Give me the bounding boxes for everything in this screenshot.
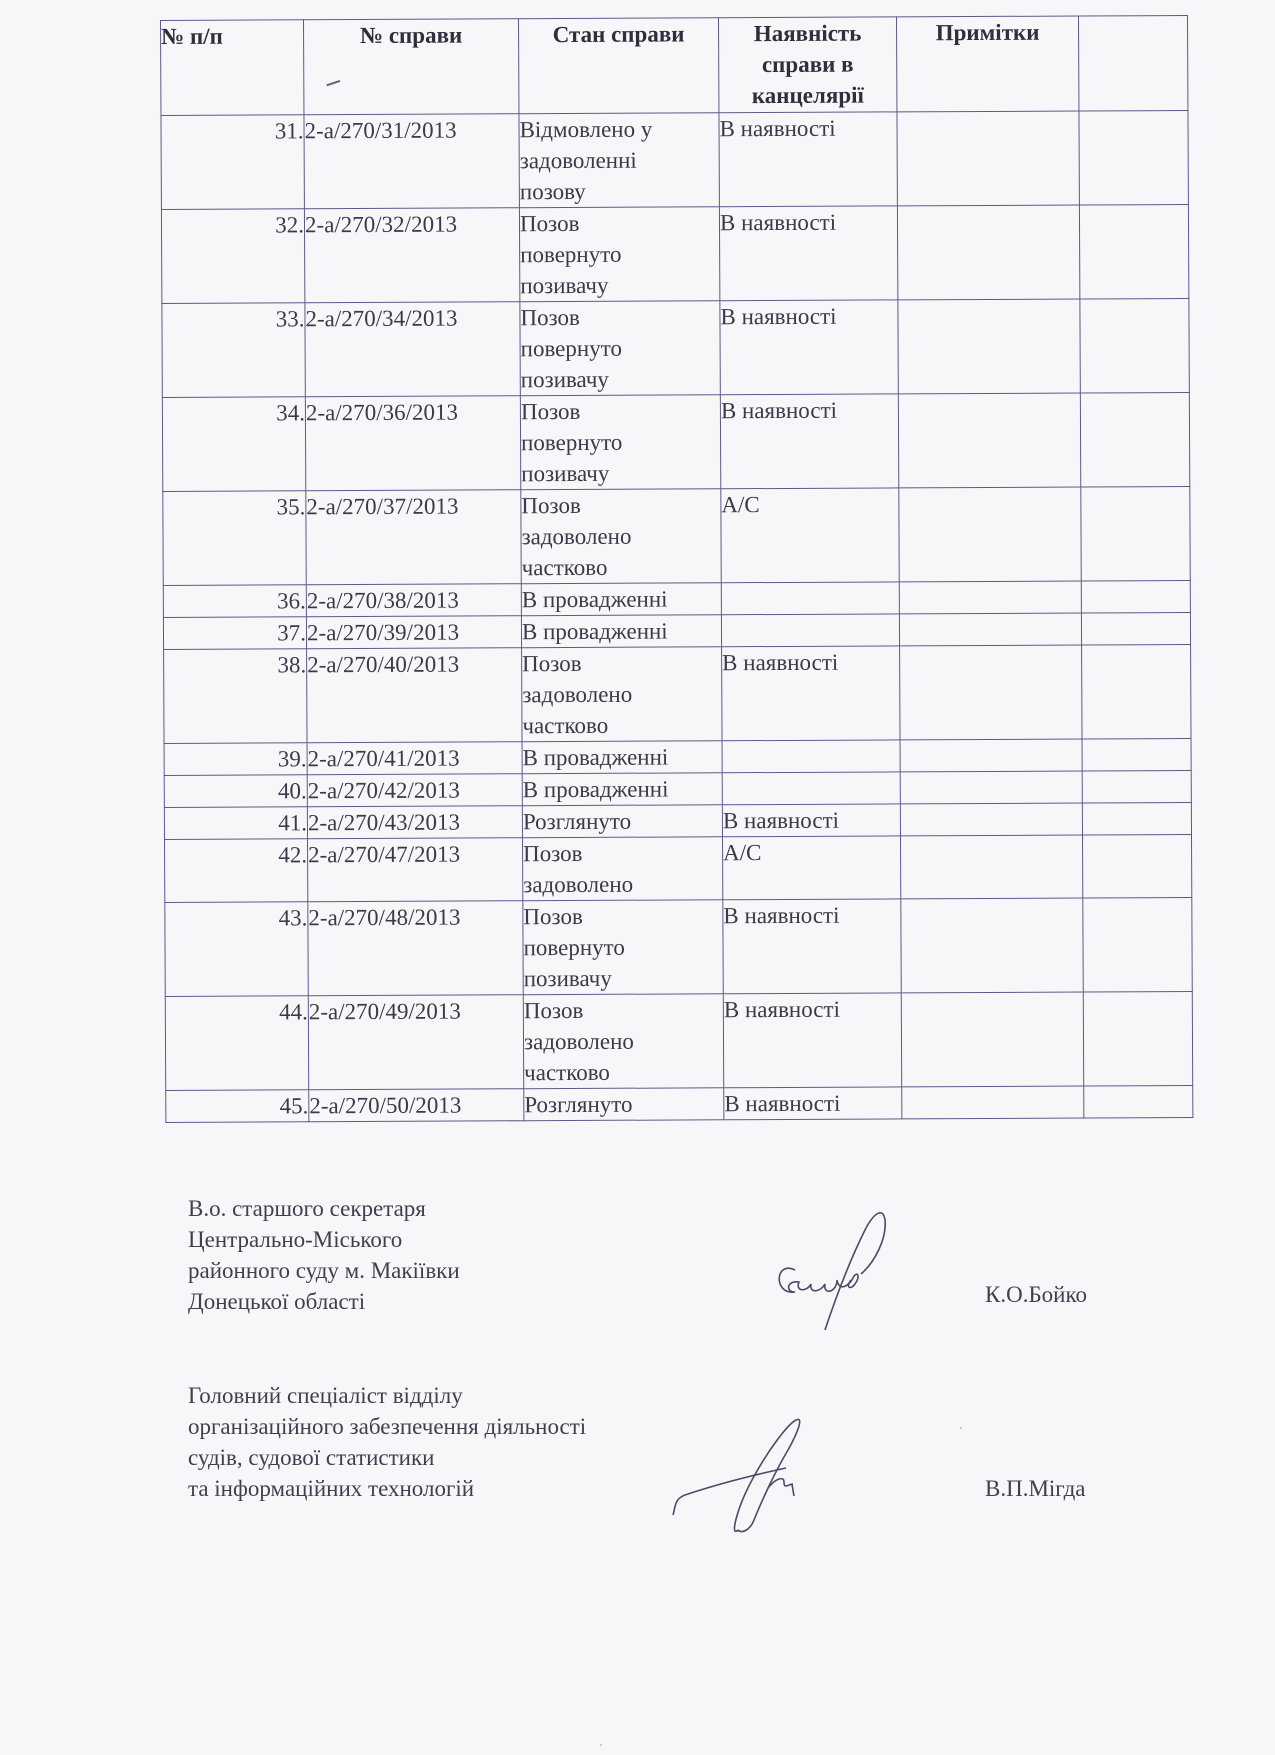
notes-cell <box>897 205 1079 300</box>
case-status-line: повернуто <box>520 238 719 270</box>
header-case-status: Стан справи <box>518 18 718 114</box>
case-status-line: Позов <box>520 301 719 333</box>
case-status-line: Позов <box>520 207 719 239</box>
presence-cell: В наявності <box>720 300 898 395</box>
header-row-number: № п/п <box>161 20 304 116</box>
extra-cell <box>1082 834 1191 898</box>
case-status-line: Позов <box>521 489 720 521</box>
extra-cell <box>1083 991 1192 1086</box>
table-row: 31.2-а/270/31/2013Відмовлено узадоволенн… <box>161 110 1188 209</box>
case-status-line: В провадженні <box>522 583 721 615</box>
row-number-cell: 35. <box>163 491 306 586</box>
table-row: 43.2-а/270/48/2013Позовповернутопозивачу… <box>165 897 1192 996</box>
case-status-cell: Позовзадоволеночастково <box>521 489 721 584</box>
table-row: 41.2-а/270/43/2013РозглянутоВ наявності <box>164 802 1191 839</box>
presence-cell: В наявності <box>720 394 898 489</box>
header-case-number: № справи <box>304 19 519 115</box>
presence-cell: В наявності <box>723 993 901 1088</box>
signatory-2-name: В.П.Мігда <box>985 1476 1086 1502</box>
case-number-cell: 2-а/270/38/2013 <box>306 584 521 617</box>
notes-cell <box>900 645 1082 740</box>
case-number-cell: 2-а/270/37/2013 <box>306 490 521 585</box>
case-status-line: повернуто <box>523 931 722 963</box>
case-status-line: задоволено <box>523 868 722 900</box>
case-number-cell: 2-а/270/39/2013 <box>306 616 521 649</box>
case-status-cell: В провадженні <box>522 773 722 806</box>
case-number-cell: 2-а/270/40/2013 <box>307 648 522 743</box>
case-number-cell: 2-а/270/42/2013 <box>307 774 522 807</box>
row-number-cell: 41. <box>164 807 307 840</box>
scan-speck <box>600 1744 602 1746</box>
case-status-line: повернуто <box>521 332 720 364</box>
case-status-cell: Позовповернутопозивачу <box>520 395 720 490</box>
case-registry-table: № п/п № справи Стан справи Наявність спр… <box>160 15 1193 1123</box>
scan-speck <box>960 1427 962 1429</box>
table-row: 37.2-а/270/39/2013В провадженні <box>163 612 1190 649</box>
case-status-cell: Позовзадоволеночастково <box>522 647 722 742</box>
row-number-cell: 33. <box>162 303 305 398</box>
header-presence: Наявність справи в канцелярії <box>718 17 896 113</box>
extra-cell <box>1081 580 1190 613</box>
case-number-cell: 2-а/270/43/2013 <box>307 806 522 839</box>
case-number-cell: 2-а/270/50/2013 <box>309 1089 524 1122</box>
row-number-cell: 38. <box>164 649 307 744</box>
table-row: 36.2-а/270/38/2013В провадженні <box>163 580 1190 617</box>
signature-1-icon <box>765 1200 905 1340</box>
extra-cell <box>1080 392 1189 487</box>
header-presence-line: Наявність <box>719 17 896 49</box>
presence-cell <box>721 614 899 647</box>
table-row: 34.2-а/270/36/2013Позовповернутопозивачу… <box>162 392 1189 491</box>
extra-cell <box>1081 612 1190 645</box>
case-status-cell: Відмовлено узадоволенніпозову <box>519 113 719 208</box>
presence-cell: А/С <box>722 836 900 900</box>
header-presence-line: канцелярії <box>719 79 896 111</box>
extra-cell <box>1083 897 1192 992</box>
table-body: 31.2-а/270/31/2013Відмовлено узадоволенн… <box>161 110 1193 1122</box>
row-number-cell: 45. <box>166 1090 309 1123</box>
case-status-line: В провадженні <box>522 615 721 647</box>
case-number-cell: 2-а/270/32/2013 <box>304 208 519 303</box>
case-status-line: Розглянуто <box>523 805 722 837</box>
extra-cell <box>1082 644 1191 739</box>
case-status-line: повернуто <box>521 426 720 458</box>
notes-cell <box>901 898 1083 993</box>
case-status-cell: В провадженні <box>521 583 721 616</box>
case-status-cell: Розглянуто <box>522 805 722 838</box>
presence-cell: В наявності <box>723 899 901 994</box>
row-number-cell: 36. <box>163 585 306 618</box>
row-number-cell: 34. <box>162 397 305 492</box>
case-status-line: Відмовлено у <box>519 113 718 145</box>
case-status-line: Позов <box>524 994 723 1026</box>
presence-cell <box>721 582 899 615</box>
notes-cell <box>899 581 1081 614</box>
table-row: 45.2-а/270/50/2013РозглянутоВ наявності <box>166 1085 1193 1122</box>
case-number-cell: 2-а/270/34/2013 <box>305 302 520 397</box>
case-status-cell: Позовповернутопозивачу <box>523 900 723 995</box>
row-number-cell: 32. <box>161 209 304 304</box>
signatory-1-name: К.О.Бойко <box>985 1282 1087 1308</box>
table-row: 35.2-а/270/37/2013Позовзадоволеночастков… <box>163 486 1190 585</box>
case-status-cell: Позовповернутопозивачу <box>519 207 719 302</box>
table-row: 44.2-а/270/49/2013Позовзадоволеночастков… <box>165 991 1192 1090</box>
presence-cell <box>722 772 900 805</box>
notes-cell <box>898 393 1080 488</box>
case-status-line: позивачу <box>521 363 720 395</box>
extra-cell <box>1081 486 1190 581</box>
notes-cell <box>900 803 1082 836</box>
case-status-cell: Розглянуто <box>524 1088 724 1121</box>
case-status-line: позову <box>520 175 719 207</box>
position-line: та інформаційних технологій <box>188 1473 586 1504</box>
case-status-line: задоволено <box>522 678 721 710</box>
presence-cell: В наявності <box>719 112 897 207</box>
position-line: організаційного забезпечення діяльності <box>188 1411 586 1442</box>
row-number-cell: 39. <box>164 743 307 776</box>
case-status-line: позивачу <box>520 269 719 301</box>
case-status-line: задоволено <box>524 1025 723 1057</box>
presence-cell <box>722 740 900 773</box>
notes-cell <box>900 835 1082 899</box>
case-number-cell: 2-а/270/41/2013 <box>307 742 522 775</box>
case-number-cell: 2-а/270/36/2013 <box>305 396 520 491</box>
extra-cell <box>1079 110 1188 205</box>
pen-mark <box>326 80 340 86</box>
case-status-line: задоволенні <box>520 144 719 176</box>
case-status-line: частково <box>524 1056 723 1088</box>
row-number-cell: 43. <box>165 902 308 997</box>
signatory-2-position: Головний спеціаліст відділу організаційн… <box>188 1380 586 1504</box>
case-status-line: позивачу <box>524 962 723 994</box>
position-line: Головний спеціаліст відділу <box>188 1380 586 1411</box>
row-number-cell: 40. <box>164 775 307 808</box>
table-row: 39.2-а/270/41/2013В провадженні <box>164 738 1191 775</box>
notes-cell <box>899 613 1081 646</box>
case-status-line: В провадженні <box>523 741 722 773</box>
table-row: 42.2-а/270/47/2013ПозовзадоволеноА/С <box>165 834 1192 902</box>
table-row: 38.2-а/270/40/2013Позовзадоволеночастков… <box>164 644 1191 743</box>
case-status-line: В провадженні <box>523 773 722 805</box>
presence-cell: В наявності <box>722 646 900 741</box>
presence-cell: В наявності <box>719 206 897 301</box>
case-status-cell: Позовзадоволеночастково <box>523 994 723 1089</box>
presence-cell: А/С <box>721 488 899 583</box>
row-number-cell: 44. <box>165 996 308 1091</box>
table-header-row: № п/п № справи Стан справи Наявність спр… <box>161 15 1188 115</box>
notes-cell <box>900 771 1082 804</box>
case-number-cell: 2-а/270/31/2013 <box>304 114 519 209</box>
extra-cell <box>1080 298 1189 393</box>
table-row: 33.2-а/270/34/2013Позовповернутопозивачу… <box>162 298 1189 397</box>
extra-cell <box>1082 802 1191 835</box>
case-status-line: позивачу <box>521 457 720 489</box>
table-row: 32.2-а/270/32/2013Позовповернутопозивачу… <box>161 204 1188 303</box>
position-line: районного суду м. Макіївки <box>188 1255 460 1286</box>
signatory-1-position: В.о. старшого секретаря Центрально-Міськ… <box>188 1193 460 1317</box>
header-extra <box>1078 15 1187 111</box>
case-status-line: задоволено <box>521 520 720 552</box>
case-status-line: Позов <box>523 837 722 869</box>
position-line: судів, судової статистики <box>188 1442 586 1473</box>
case-status-line: частково <box>522 551 721 583</box>
notes-cell <box>900 739 1082 772</box>
document-page: № п/п № справи Стан справи Наявність спр… <box>0 0 1275 1755</box>
extra-cell <box>1082 770 1191 803</box>
case-status-cell: В провадженні <box>521 615 721 648</box>
case-number-cell: 2-а/270/49/2013 <box>308 995 523 1090</box>
case-status-line: Позов <box>522 647 721 679</box>
notes-cell <box>902 1086 1084 1119</box>
notes-cell <box>898 299 1080 394</box>
row-number-cell: 31. <box>161 115 304 210</box>
position-line: Центрально-Міського <box>188 1224 460 1255</box>
notes-cell <box>899 487 1081 582</box>
header-presence-line: справи в <box>719 48 896 80</box>
notes-cell <box>897 111 1079 206</box>
case-status-line: Позов <box>521 395 720 427</box>
row-number-cell: 37. <box>163 617 306 650</box>
case-status-line: Розглянуто <box>524 1088 723 1120</box>
case-status-cell: В провадженні <box>522 741 722 774</box>
case-number-cell: 2-а/270/47/2013 <box>308 838 523 902</box>
header-case-number-label: № справи <box>360 23 462 48</box>
case-status-line: частково <box>522 709 721 741</box>
presence-cell: В наявності <box>722 804 900 837</box>
case-number-cell: 2-а/270/48/2013 <box>308 901 523 996</box>
signature-2-icon <box>668 1410 868 1540</box>
row-number-cell: 42. <box>165 839 308 903</box>
case-status-cell: Позовповернутопозивачу <box>520 301 720 396</box>
notes-cell <box>901 992 1083 1087</box>
position-line: Донецької області <box>188 1286 460 1317</box>
header-notes: Примітки <box>896 16 1078 112</box>
extra-cell <box>1079 204 1188 299</box>
case-status-line: Позов <box>523 900 722 932</box>
extra-cell <box>1082 738 1191 771</box>
table-row: 40.2-а/270/42/2013В провадженні <box>164 770 1191 807</box>
case-status-cell: Позовзадоволено <box>523 837 723 901</box>
extra-cell <box>1084 1085 1193 1118</box>
position-line: В.о. старшого секретаря <box>188 1193 460 1224</box>
presence-cell: В наявності <box>724 1087 902 1120</box>
